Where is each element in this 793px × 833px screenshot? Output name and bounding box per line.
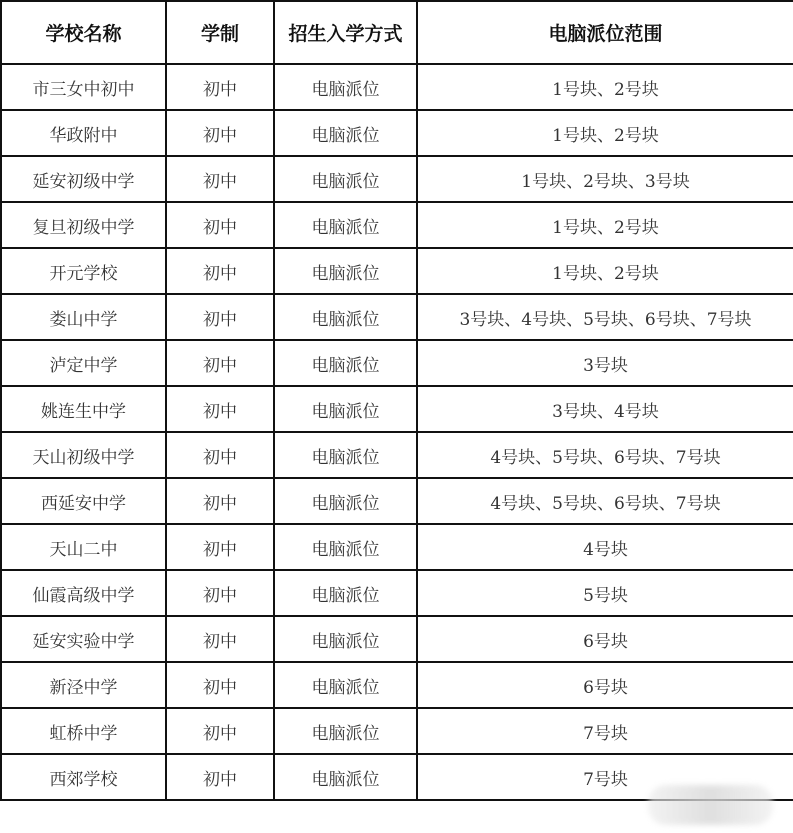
table-row: 虹桥中学 初中 电脑派位 7号块 <box>1 708 793 754</box>
cell-lottery-range: 1号块、2号块 <box>417 110 793 156</box>
table-row: 西延安中学 初中 电脑派位 4号块、5号块、6号块、7号块 <box>1 478 793 524</box>
cell-admission-method: 电脑派位 <box>274 294 417 340</box>
blurred-watermark <box>648 785 773 825</box>
cell-school-name: 姚连生中学 <box>1 386 166 432</box>
cell-lottery-range: 3号块 <box>417 340 793 386</box>
cell-school-system: 初中 <box>166 478 274 524</box>
cell-school-system: 初中 <box>166 432 274 478</box>
table-row: 市三女中初中 初中 电脑派位 1号块、2号块 <box>1 64 793 110</box>
cell-lottery-range: 5号块 <box>417 570 793 616</box>
cell-admission-method: 电脑派位 <box>274 386 417 432</box>
table-row: 天山初级中学 初中 电脑派位 4号块、5号块、6号块、7号块 <box>1 432 793 478</box>
header-school-name: 学校名称 <box>1 1 166 64</box>
cell-lottery-range: 6号块 <box>417 662 793 708</box>
cell-admission-method: 电脑派位 <box>274 754 417 800</box>
table-row: 泸定中学 初中 电脑派位 3号块 <box>1 340 793 386</box>
cell-admission-method: 电脑派位 <box>274 110 417 156</box>
table-row: 延安实验中学 初中 电脑派位 6号块 <box>1 616 793 662</box>
cell-school-system: 初中 <box>166 616 274 662</box>
cell-admission-method: 电脑派位 <box>274 64 417 110</box>
cell-school-name: 西延安中学 <box>1 478 166 524</box>
cell-school-name: 天山初级中学 <box>1 432 166 478</box>
cell-admission-method: 电脑派位 <box>274 662 417 708</box>
cell-admission-method: 电脑派位 <box>274 432 417 478</box>
cell-school-name: 开元学校 <box>1 248 166 294</box>
cell-school-name: 延安初级中学 <box>1 156 166 202</box>
cell-admission-method: 电脑派位 <box>274 156 417 202</box>
cell-school-system: 初中 <box>166 202 274 248</box>
cell-admission-method: 电脑派位 <box>274 708 417 754</box>
cell-school-system: 初中 <box>166 340 274 386</box>
cell-lottery-range: 4号块、5号块、6号块、7号块 <box>417 478 793 524</box>
cell-lottery-range: 4号块、5号块、6号块、7号块 <box>417 432 793 478</box>
cell-school-name: 复旦初级中学 <box>1 202 166 248</box>
cell-admission-method: 电脑派位 <box>274 570 417 616</box>
cell-school-system: 初中 <box>166 156 274 202</box>
cell-school-name: 新泾中学 <box>1 662 166 708</box>
cell-school-name: 泸定中学 <box>1 340 166 386</box>
cell-lottery-range: 4号块 <box>417 524 793 570</box>
cell-school-name: 仙霞高级中学 <box>1 570 166 616</box>
school-allocation-table: 学校名称 学制 招生入学方式 电脑派位范围 市三女中初中 初中 电脑派位 1号块… <box>0 0 793 801</box>
cell-school-name: 西郊学校 <box>1 754 166 800</box>
table-row: 延安初级中学 初中 电脑派位 1号块、2号块、3号块 <box>1 156 793 202</box>
cell-school-name: 虹桥中学 <box>1 708 166 754</box>
cell-admission-method: 电脑派位 <box>274 340 417 386</box>
header-lottery-range: 电脑派位范围 <box>417 1 793 64</box>
cell-lottery-range: 1号块、2号块 <box>417 64 793 110</box>
cell-school-system: 初中 <box>166 294 274 340</box>
table-row: 天山二中 初中 电脑派位 4号块 <box>1 524 793 570</box>
cell-school-name: 市三女中初中 <box>1 64 166 110</box>
cell-lottery-range: 7号块 <box>417 708 793 754</box>
cell-school-name: 延安实验中学 <box>1 616 166 662</box>
header-admission-method: 招生入学方式 <box>274 1 417 64</box>
cell-school-name: 娄山中学 <box>1 294 166 340</box>
cell-school-system: 初中 <box>166 386 274 432</box>
cell-admission-method: 电脑派位 <box>274 616 417 662</box>
table-row: 姚连生中学 初中 电脑派位 3号块、4号块 <box>1 386 793 432</box>
cell-admission-method: 电脑派位 <box>274 248 417 294</box>
cell-school-system: 初中 <box>166 754 274 800</box>
table-row: 新泾中学 初中 电脑派位 6号块 <box>1 662 793 708</box>
cell-school-name: 天山二中 <box>1 524 166 570</box>
cell-school-system: 初中 <box>166 524 274 570</box>
cell-school-system: 初中 <box>166 64 274 110</box>
cell-admission-method: 电脑派位 <box>274 478 417 524</box>
cell-lottery-range: 1号块、2号块、3号块 <box>417 156 793 202</box>
cell-school-system: 初中 <box>166 248 274 294</box>
cell-school-name: 华政附中 <box>1 110 166 156</box>
header-school-system: 学制 <box>166 1 274 64</box>
table-header-row: 学校名称 学制 招生入学方式 电脑派位范围 <box>1 1 793 64</box>
cell-lottery-range: 3号块、4号块、5号块、6号块、7号块 <box>417 294 793 340</box>
table-row: 娄山中学 初中 电脑派位 3号块、4号块、5号块、6号块、7号块 <box>1 294 793 340</box>
table-row: 开元学校 初中 电脑派位 1号块、2号块 <box>1 248 793 294</box>
cell-school-system: 初中 <box>166 110 274 156</box>
table-row: 仙霞高级中学 初中 电脑派位 5号块 <box>1 570 793 616</box>
cell-school-system: 初中 <box>166 708 274 754</box>
cell-lottery-range: 1号块、2号块 <box>417 248 793 294</box>
table-row: 华政附中 初中 电脑派位 1号块、2号块 <box>1 110 793 156</box>
table-row: 复旦初级中学 初中 电脑派位 1号块、2号块 <box>1 202 793 248</box>
cell-admission-method: 电脑派位 <box>274 202 417 248</box>
cell-lottery-range: 6号块 <box>417 616 793 662</box>
cell-lottery-range: 1号块、2号块 <box>417 202 793 248</box>
cell-lottery-range: 3号块、4号块 <box>417 386 793 432</box>
cell-admission-method: 电脑派位 <box>274 524 417 570</box>
cell-school-system: 初中 <box>166 662 274 708</box>
cell-school-system: 初中 <box>166 570 274 616</box>
